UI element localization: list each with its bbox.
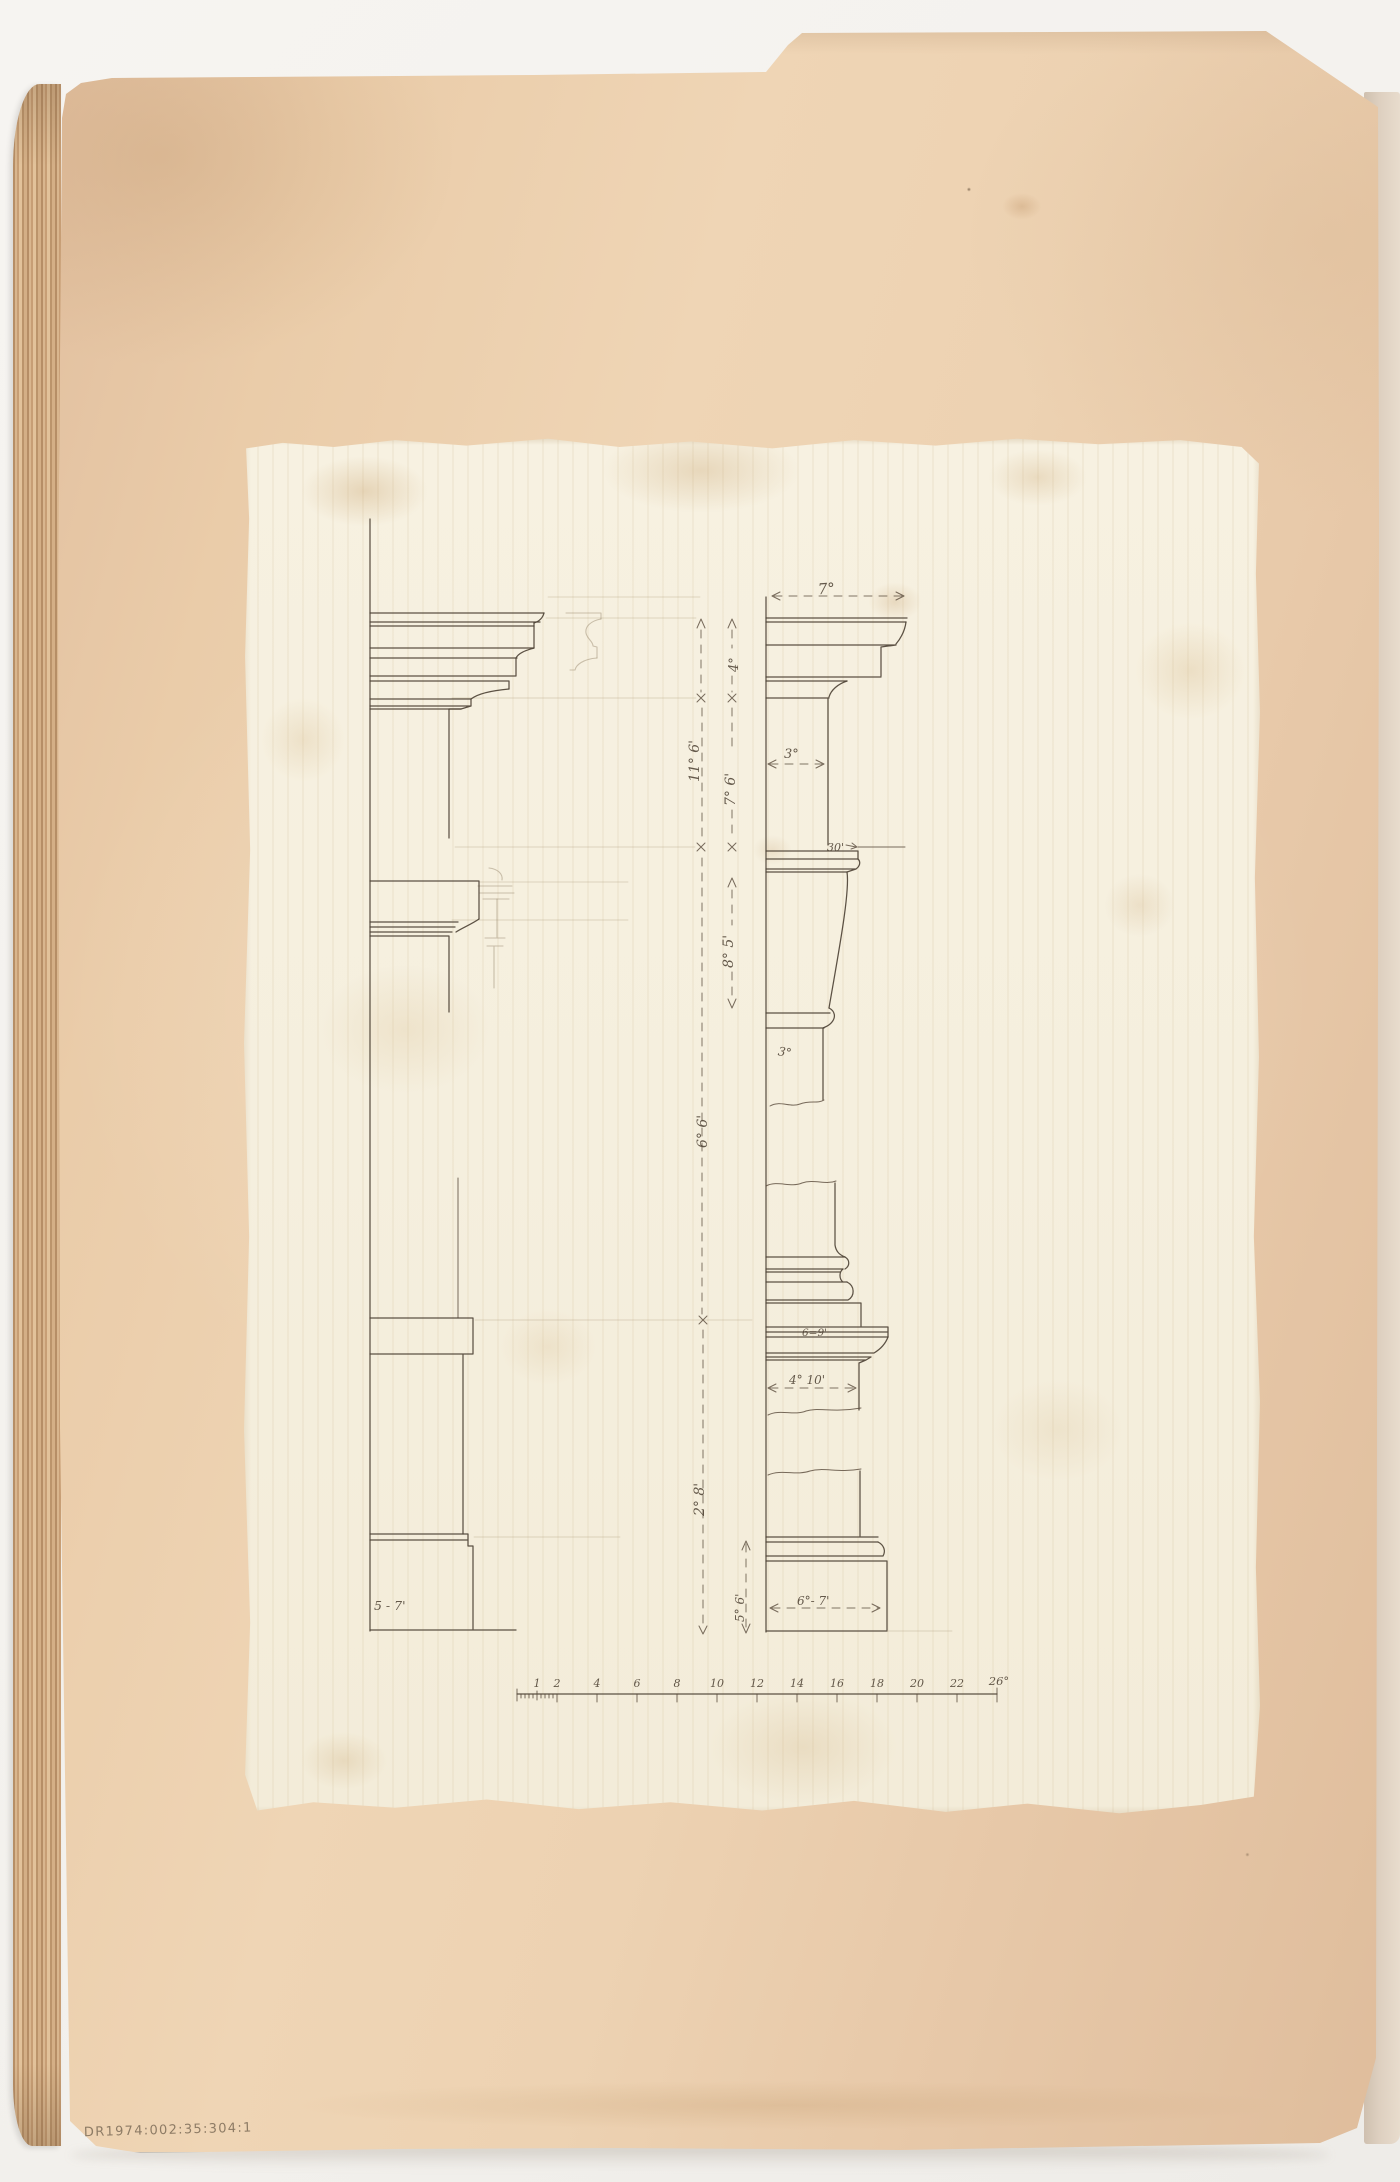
scale-bar: 1 2 4 6 8 10 12 14 16 18 20 22 26° (517, 1674, 1009, 1702)
scale-label: 10 (710, 1677, 724, 1690)
dim-shelf-note: 6=9' (802, 1327, 827, 1339)
scale-label: 1 (534, 1677, 541, 1690)
dim-dado-halfwidth: 4° 10' (788, 1373, 825, 1387)
dim-capital-height: 8° 5' (721, 935, 737, 968)
dimension-labels: 7° 4° 11° 6' 7° 6' 3° 30' 8° 5' 3° 6° 6'… (374, 579, 844, 1622)
scale-label: 16 (830, 1677, 844, 1690)
pencil-sketch-ogee-bracket (566, 613, 601, 670)
dim-left-base-note: 5 - 7' (374, 1598, 406, 1613)
book-fore-edge (13, 84, 61, 2146)
dim-lower-height: 2° 8' (692, 1483, 708, 1517)
scale-label: 2 (553, 1677, 561, 1690)
scan-canvas: { "album": { "inscription": "DR1974:002:… (0, 0, 1400, 2182)
dim-ped-base-width: 6°- 7' (797, 1594, 829, 1608)
scale-label: 8 (674, 1677, 681, 1690)
left-profile-drawing (370, 519, 544, 1631)
architectural-drawing: 7° 4° 11° 6' 7° 6' 3° 30' 8° 5' 3° 6° 6'… (242, 436, 1262, 1816)
scale-label: 14 (790, 1677, 804, 1690)
scale-label: 4 (593, 1677, 601, 1690)
scale-label: 12 (750, 1677, 764, 1690)
scale-label: 26° (988, 1674, 1009, 1688)
dim-abacus-note: 30' (827, 841, 844, 854)
dim-entablature-total: 11° 6' (687, 740, 703, 782)
scale-label: 20 (909, 1677, 924, 1690)
scale-label: 18 (870, 1677, 884, 1690)
dim-mid-height: 6° 6' (695, 1115, 711, 1148)
dim-cornice-height: 4° (727, 657, 742, 673)
scale-label: 6 (634, 1677, 641, 1690)
dim-ped-base-height: 5° 6' (733, 1594, 747, 1622)
scale-label: 22 (949, 1677, 964, 1690)
dim-frieze-height: 7° 6' (723, 773, 739, 806)
dim-shaft-halfwidth: 3° (784, 747, 799, 762)
dim-top-width: 7° (817, 579, 835, 598)
pencil-sketch-molding-profile (478, 868, 514, 988)
dim-neck-note: 3° (777, 1044, 792, 1060)
